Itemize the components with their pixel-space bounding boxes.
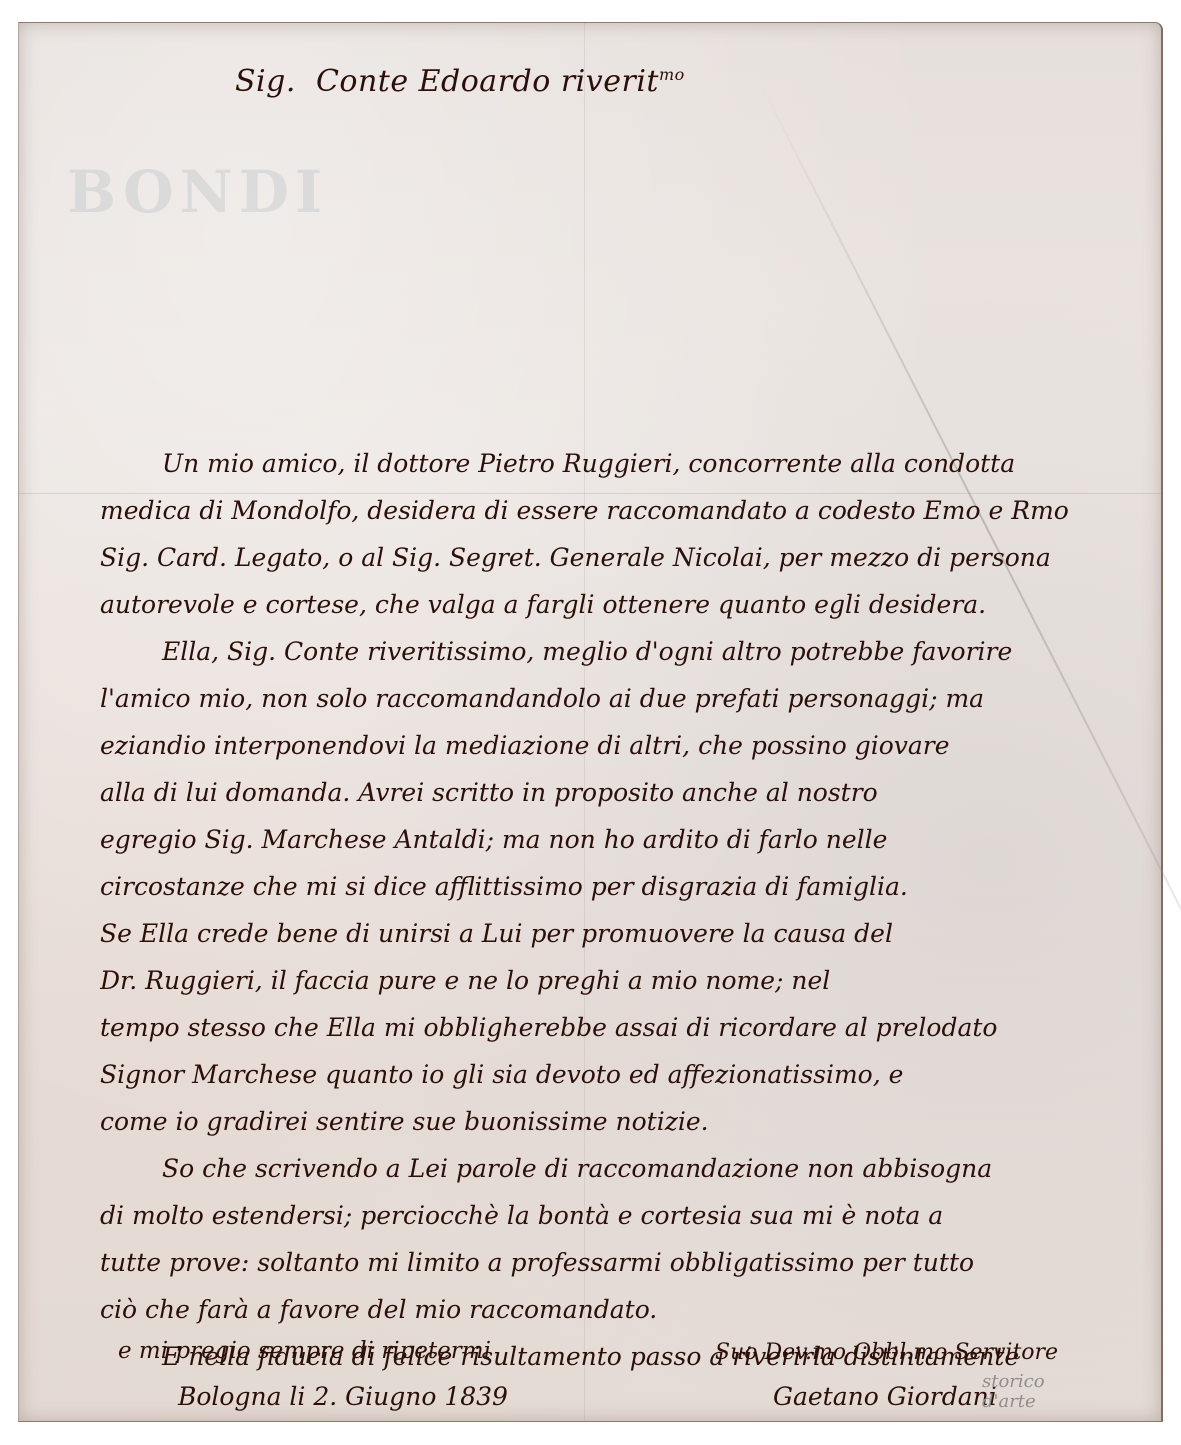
body-line: eziandio interponendovi la mediazione di… <box>100 722 1140 769</box>
body-line: egregio Sig. Marchese Antaldi; ma non ho… <box>100 816 1140 863</box>
body-line: medica di Mondolfo, desidera di essere r… <box>100 487 1140 534</box>
valediction: Suo Dev.mo Obbl.mo Servitore <box>715 1340 1058 1365</box>
body-line: So che scrivendo a Lei parole di raccoma… <box>100 1145 1140 1192</box>
salutation-text: Sig. Conte Edoardo riverit <box>235 64 659 99</box>
body-line: Dr. Ruggieri, il faccia pure e ne lo pre… <box>100 957 1140 1004</box>
place-and-date: Bologna li 2. Giugno 1839 <box>178 1382 508 1411</box>
body-line: come io gradirei sentire sue buonissime … <box>100 1098 1140 1145</box>
letter-body: Un mio amico, il dottore Pietro Ruggieri… <box>100 440 1140 1380</box>
body-line: Un mio amico, il dottore Pietro Ruggieri… <box>100 440 1140 487</box>
body-line: tempo stesso che Ella mi obbligherebbe a… <box>100 1004 1140 1051</box>
pencil-annotation: storico d'arte <box>982 1372 1052 1412</box>
body-line: Sig. Card. Legato, o al Sig. Segret. Gen… <box>100 534 1140 581</box>
body-line: Ella, Sig. Conte riveritissimo, meglio d… <box>100 628 1140 675</box>
salutation: Sig. Conte Edoardo riveritmo <box>235 64 685 99</box>
body-line: autorevole e cortese, che valga a fargli… <box>100 581 1140 628</box>
body-line: di molto estendersi; perciocchè la bontà… <box>100 1192 1140 1239</box>
body-line: Signor Marchese quanto io gli sia devoto… <box>100 1051 1140 1098</box>
salutation-superscript: mo <box>659 65 685 84</box>
body-line: alla di lui domanda. Avrei scritto in pr… <box>100 769 1140 816</box>
body-line: ciò che farà a favore del mio raccomanda… <box>100 1286 1140 1333</box>
closing-phrase: e mi pregio sempre di ripetermi <box>118 1338 491 1364</box>
paper-watermark: BONDI <box>67 158 328 226</box>
body-line: circostanze che mi si dice afflittissimo… <box>100 863 1140 910</box>
body-line: l'amico mio, non solo raccomandandolo ai… <box>100 675 1140 722</box>
body-line: tutte prove: soltanto mi limito a profes… <box>100 1239 1140 1286</box>
body-line: Se Ella crede bene di unirsi a Lui per p… <box>100 910 1140 957</box>
signature: Gaetano Giordani <box>773 1382 997 1411</box>
